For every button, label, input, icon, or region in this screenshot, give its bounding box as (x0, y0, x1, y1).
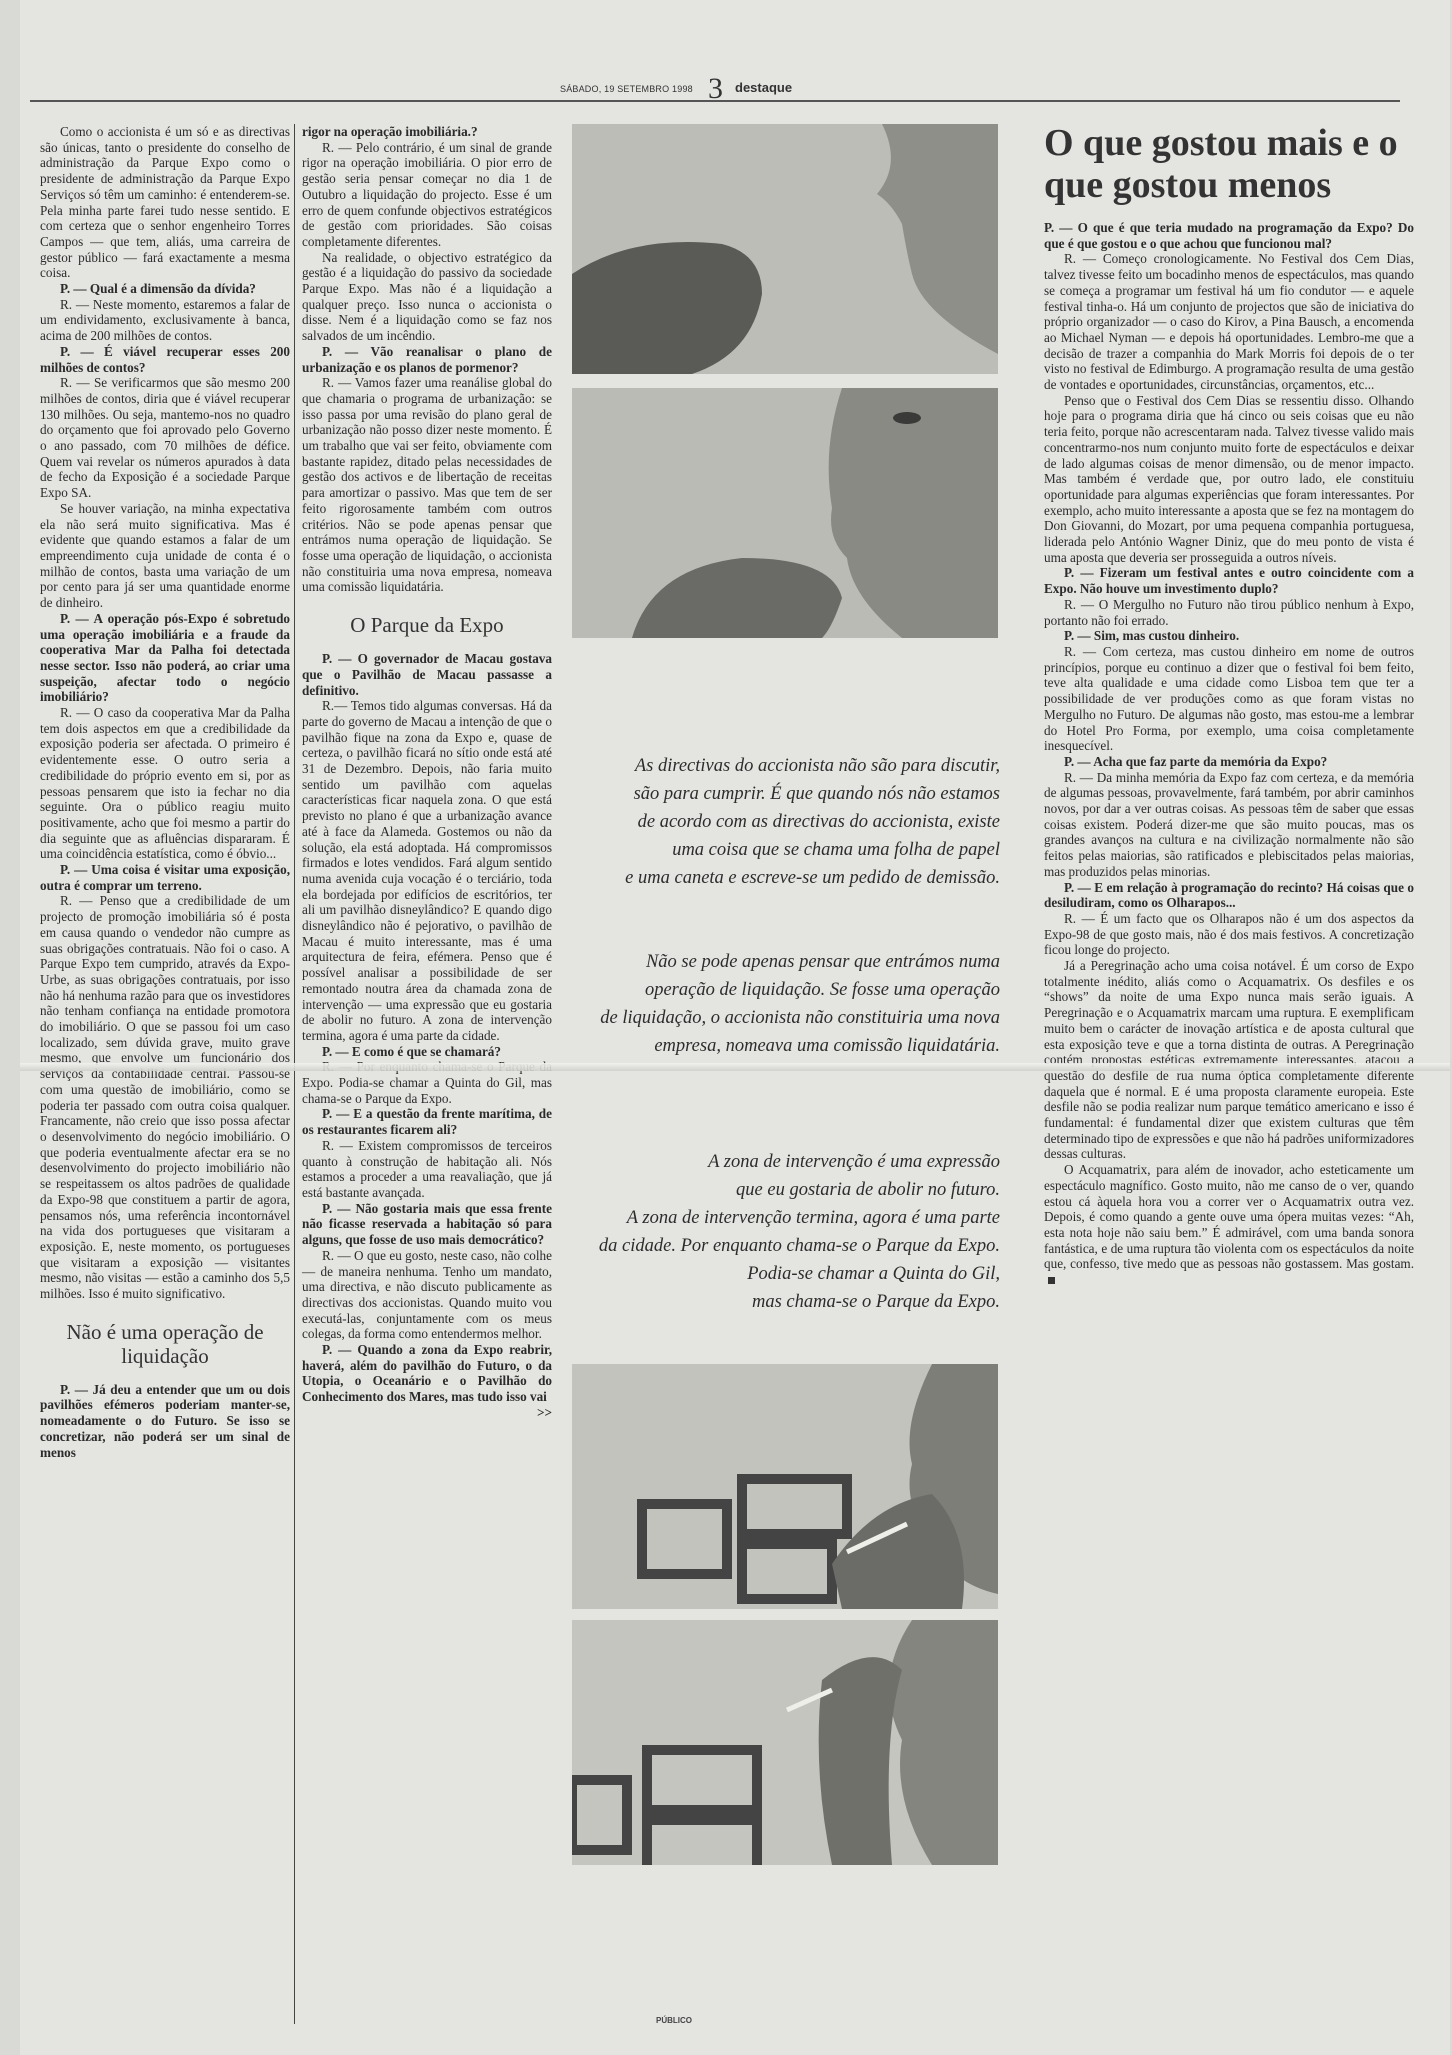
column-2-body-bottom: P. — O governador de Macau gostava que o… (302, 651, 552, 1405)
photo-smoking-2 (572, 1620, 998, 1865)
pull-quote-3: A zona de intervenção é uma expressãoque… (590, 1148, 1000, 1340)
portrait-photo-1 (572, 124, 998, 374)
page-header: SÁBADO, 19 SETEMBRO 1998 3 destaque (30, 76, 1400, 102)
article-column-3: O que gostou mais e o que gostou menos P… (1044, 122, 1414, 1288)
pull-quote-line: uma coisa que se chama uma folha de pape… (672, 840, 1000, 860)
interview-question: P. — E em relação à programação do recin… (1044, 880, 1414, 911)
interview-answer: R. — Pelo contrário, é um sinal de grand… (302, 140, 552, 250)
pull-quote-line: de acordo com as directivas do accionist… (638, 812, 1000, 832)
interview-question: P. — Qual é a dimensão da dívida? (40, 281, 290, 297)
interview-answer: R. — Da minha memória da Expo faz com ce… (1044, 770, 1414, 880)
interview-question: rigor na operação imobiliária.? (302, 124, 552, 140)
column-1-body: Como o accionista é um só e as directiva… (40, 124, 290, 1302)
interview-question: P. — É viável recuperar esses 200 milhõe… (40, 344, 290, 375)
issue-date: SÁBADO, 19 SETEMBRO 1998 (560, 84, 693, 94)
pull-quote-line: de liquidação, o accionista não constitu… (600, 1008, 1000, 1028)
section-name: destaque (735, 80, 792, 95)
pull-quote-line: Podia-se chamar a Quinta do Gil, (747, 1264, 1000, 1284)
article-column-1: Como o accionista é um só e as directiva… (40, 124, 290, 1460)
pull-quote-line: da cidade. Por enquanto chama-se o Parqu… (599, 1236, 1000, 1256)
page-fold-crease (20, 1063, 1450, 1071)
closing-question: P. — Já deu a entender que um ou dois pa… (40, 1382, 290, 1461)
pull-quote-line: são para cumprir. É que quando nós não e… (634, 784, 1000, 804)
interview-answer: R. — Começo cronologicamente. No Festiva… (1044, 251, 1414, 392)
pull-quote-line: As directivas do accionista não são para… (635, 756, 1000, 776)
interview-question: P. — O governador de Macau gostava que o… (302, 651, 552, 698)
portrait-photo-4 (572, 1620, 998, 1865)
interview-answer: R. — Existem compromissos de terceiros q… (302, 1138, 552, 1201)
interview-answer: R. — O caso da cooperativa Mar da Palha … (40, 705, 290, 862)
interview-answer: R. — O Mergulho no Futuro não tirou públ… (1044, 597, 1414, 628)
end-of-article-icon (1048, 1277, 1055, 1284)
interview-answer: R.— Temos tido algumas conversas. Há da … (302, 698, 552, 1043)
interview-question: P. — O que é que teria mudado na program… (1044, 220, 1414, 251)
photo-hand-raised (572, 124, 998, 374)
interview-answer: R. — Neste momento, estaremos a falar de… (40, 297, 290, 344)
pull-quote-line: empresa, nomeava uma comissão liquidatár… (654, 1036, 1000, 1056)
continue-mark: >> (537, 1405, 552, 1421)
pull-quote-line: A zona de intervenção é uma expressão (708, 1152, 1000, 1172)
photo-smoking-1 (572, 1364, 998, 1609)
pull-quote-line: que eu gostaria de abolir no futuro. (736, 1180, 1000, 1200)
interview-answer: R. — Penso que a credibilidade de um pro… (40, 893, 290, 1301)
interview-answer: Se houver variação, na minha expectativa… (40, 501, 290, 611)
page-number: 3 (708, 72, 723, 106)
interview-question: P. — Sim, mas custou dinheiro. (1044, 628, 1414, 644)
interview-question: P. — A operação pós-Expo é sobretudo uma… (40, 611, 290, 705)
interview-question: P. — Acha que faz parte da memória da Ex… (1044, 754, 1414, 770)
column-divider (294, 124, 295, 2024)
interview-answer: R. — Vamos fazer uma reanálise global do… (302, 375, 552, 595)
column-3-body: P. — O que é que teria mudado na program… (1044, 220, 1414, 1288)
pull-quote-line: A zona de intervenção termina, agora é u… (627, 1208, 1000, 1228)
column-2-body-top: rigor na operação imobiliária.?R. — Pelo… (302, 124, 552, 595)
interview-answer: R. — É um facto que os Olharapos não é u… (1044, 911, 1414, 958)
pull-quote-line: e uma caneta e escreve-se um pedido de d… (625, 868, 1000, 888)
interview-answer: O Acquamatrix, para além de inovador, ac… (1044, 1162, 1414, 1288)
pull-quote-line: operação de liquidação. Se fosse uma ope… (645, 980, 1000, 1000)
interview-answer: Como o accionista é um só e as directiva… (40, 124, 290, 281)
interview-question: P. — Quando a zona da Expo reabrir, have… (302, 1342, 552, 1405)
portrait-photo-3 (572, 1364, 998, 1609)
interview-answer: R. — Se verificarmos que são mesmo 200 m… (40, 375, 290, 501)
portrait-photo-2 (572, 388, 998, 638)
interview-answer: Na realidade, o objectivo estratégico da… (302, 250, 552, 344)
interview-question: P. — E a questão da frente marítima, de … (302, 1106, 552, 1137)
interview-question: P. — Vão reanalisar o plano de urbanizaç… (302, 344, 552, 375)
pull-quote-line: Não se pode apenas pensar que entrámos n… (646, 952, 1000, 972)
pull-quote-line: mas chama-se o Parque da Expo. (752, 1292, 1000, 1312)
interview-answer: Já a Peregrinação acho uma coisa notável… (1044, 958, 1414, 1162)
photo-hand-near-mouth (572, 388, 998, 638)
interview-answer: Penso que o Festival dos Cem Dias se res… (1044, 393, 1414, 566)
interview-question: P. — Não gostaria mais que essa frente n… (302, 1201, 552, 1248)
pull-quote-1: As directivas do accionista não são para… (560, 752, 1000, 916)
interview-answer: R. — O que eu gosto, neste caso, não col… (302, 1248, 552, 1342)
subheading-liquidacao: Não é uma operação de liquidação (40, 1320, 290, 1368)
publication-footer: PÚBLICO (656, 2016, 692, 2025)
subheading-parque-da-expo: O Parque da Expo (302, 613, 552, 637)
interview-answer: R. — Com certeza, mas custou dinheiro em… (1044, 644, 1414, 754)
interview-question: P. — Uma coisa é visitar uma exposição, … (40, 862, 290, 893)
sidebar-headline: O que gostou mais e o que gostou menos (1044, 122, 1414, 206)
interview-question: P. — E como é que se chamará? (302, 1044, 552, 1060)
article-column-2: rigor na operação imobiliária.?R. — Pelo… (302, 124, 552, 1421)
interview-question: P. — Fizeram um festival antes e outro c… (1044, 565, 1414, 596)
